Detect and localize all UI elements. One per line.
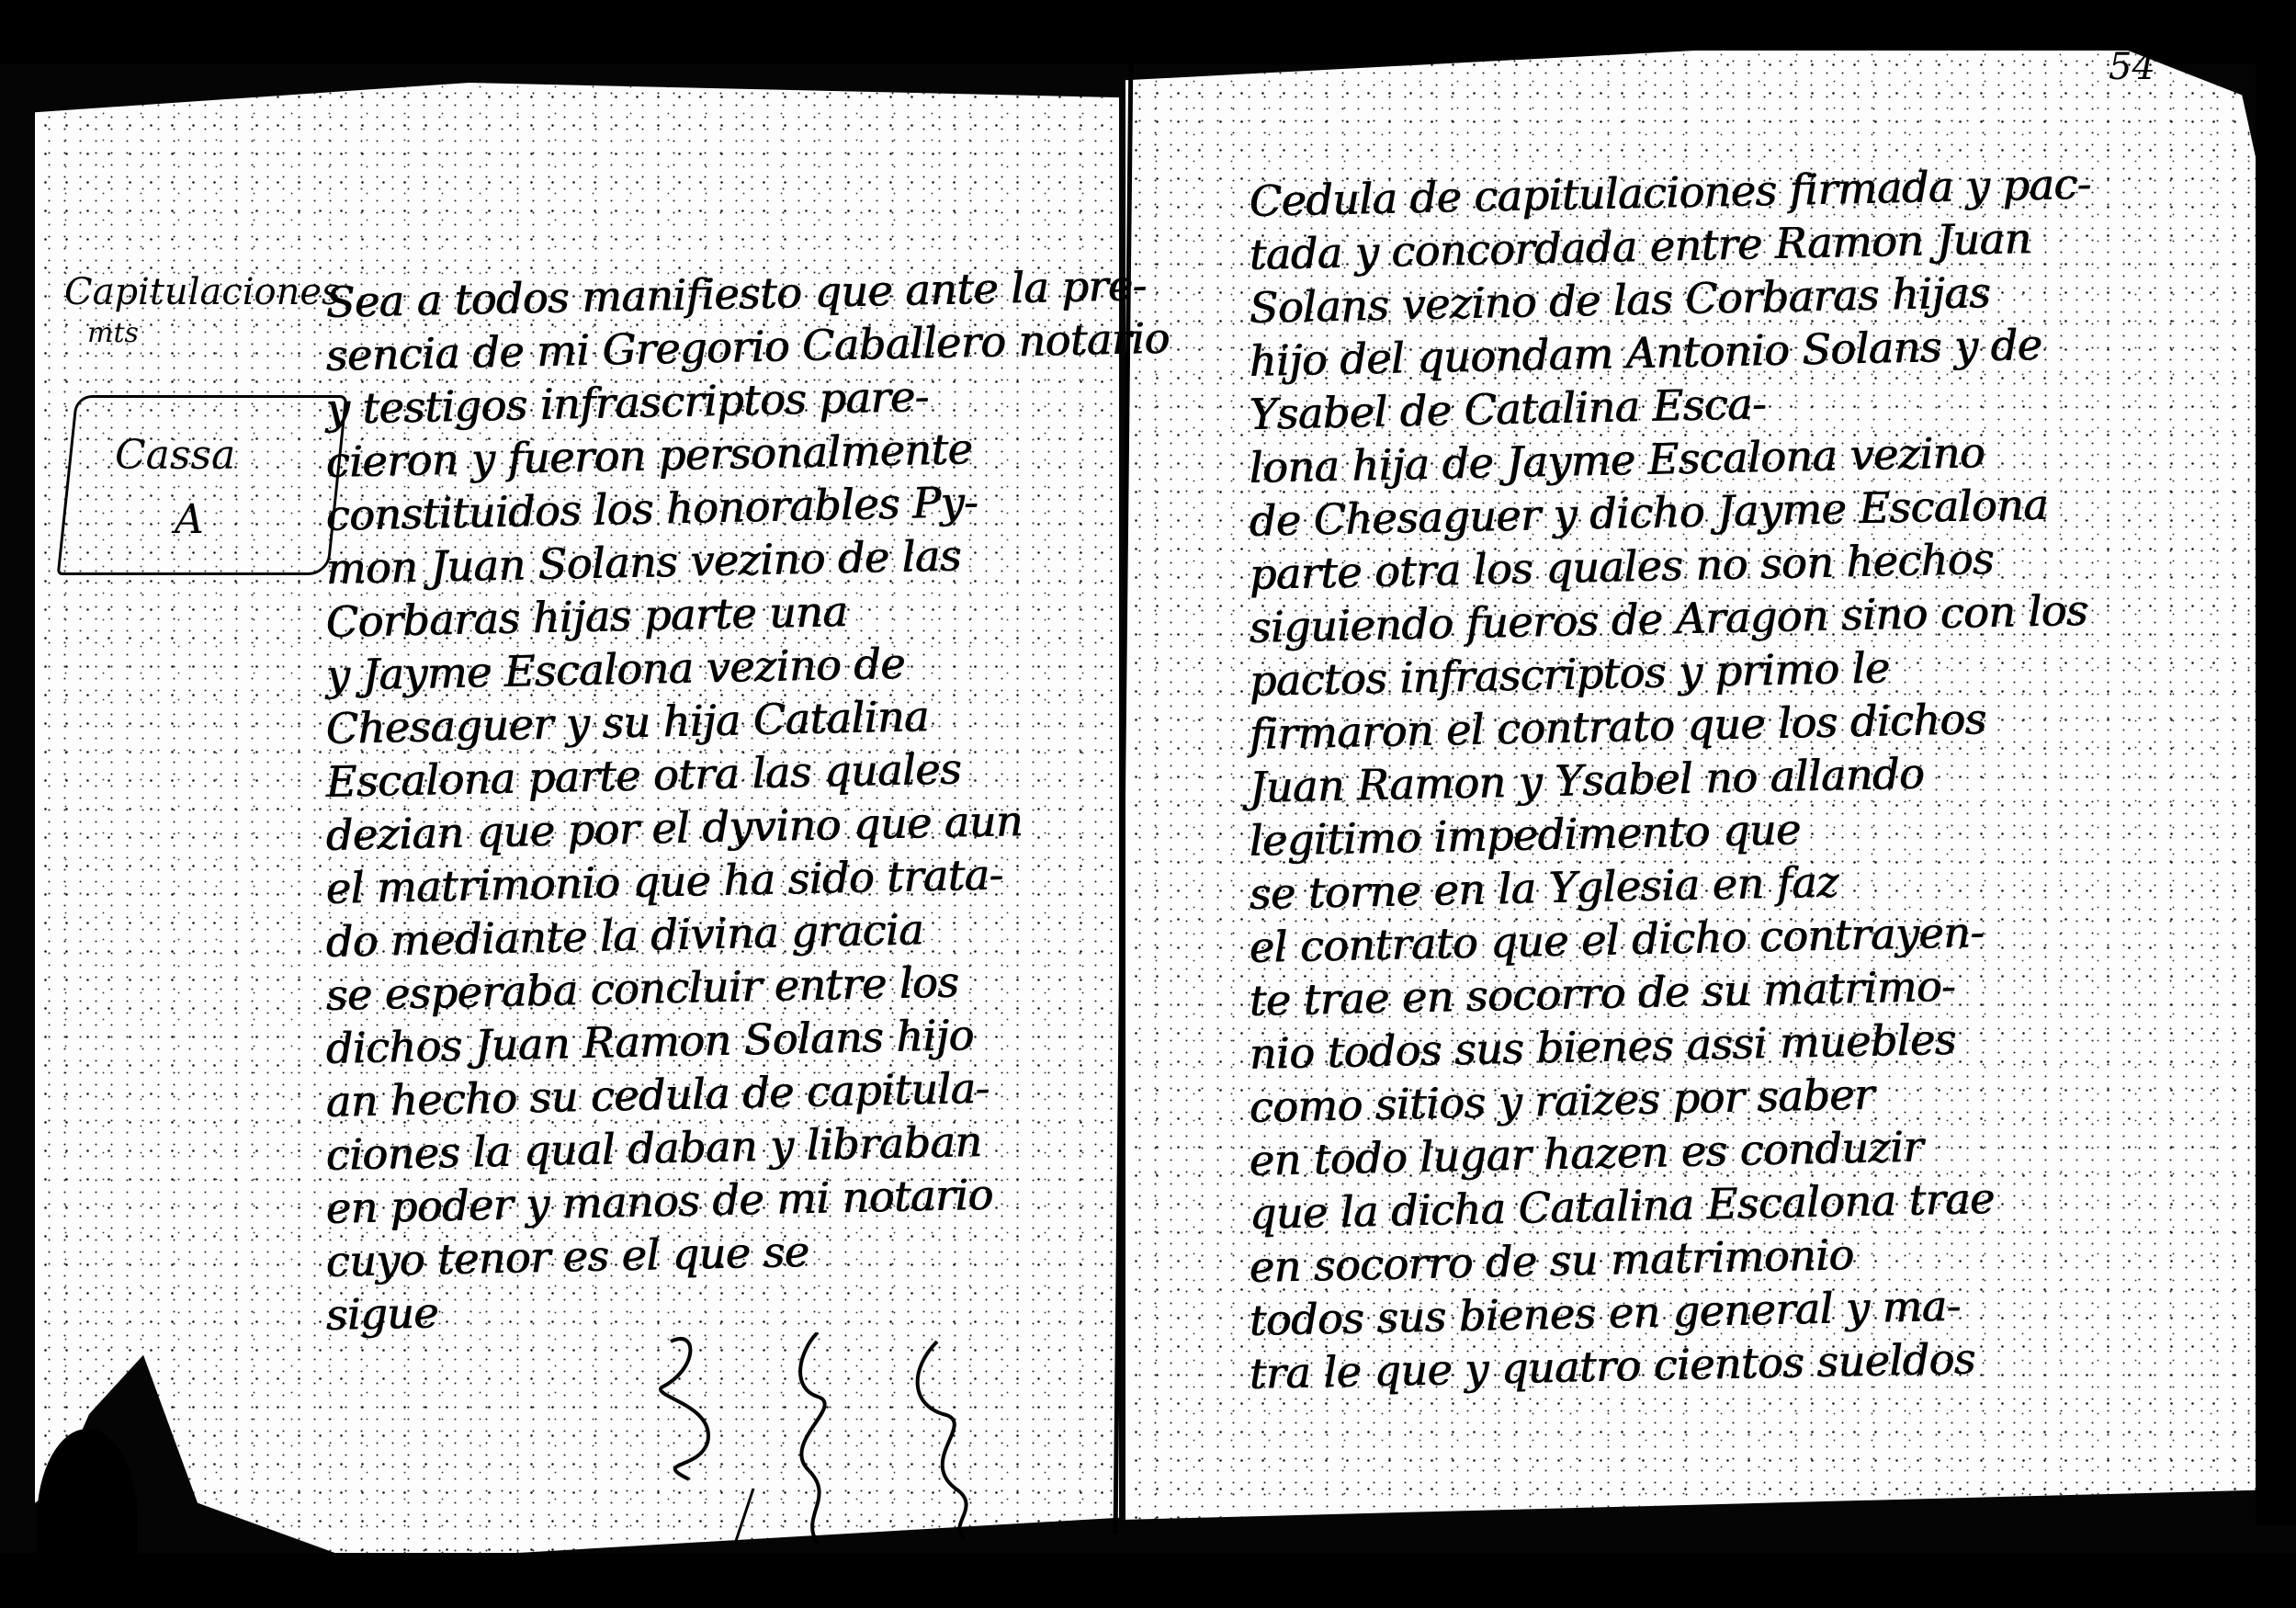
margin-note-subtitle: mts [87,317,139,349]
right-page-text: Cedula de capitulaciones firmada y pac- … [1250,175,2251,1400]
left-page-text: Sea a todos manifiesto que ante la pre- … [326,276,1116,1342]
folio-number: 54 [2109,46,2155,88]
right-page-edge [2256,37,2296,1525]
margin-cartouche [57,395,348,575]
margin-note-title: Capitulaciones [64,274,341,311]
notarial-rubric-flourish [634,1332,1112,1544]
cartouche-label: Cassa [115,432,235,479]
scan-bottom-border [0,1553,2296,1608]
cartouche-mark: A [175,496,204,543]
